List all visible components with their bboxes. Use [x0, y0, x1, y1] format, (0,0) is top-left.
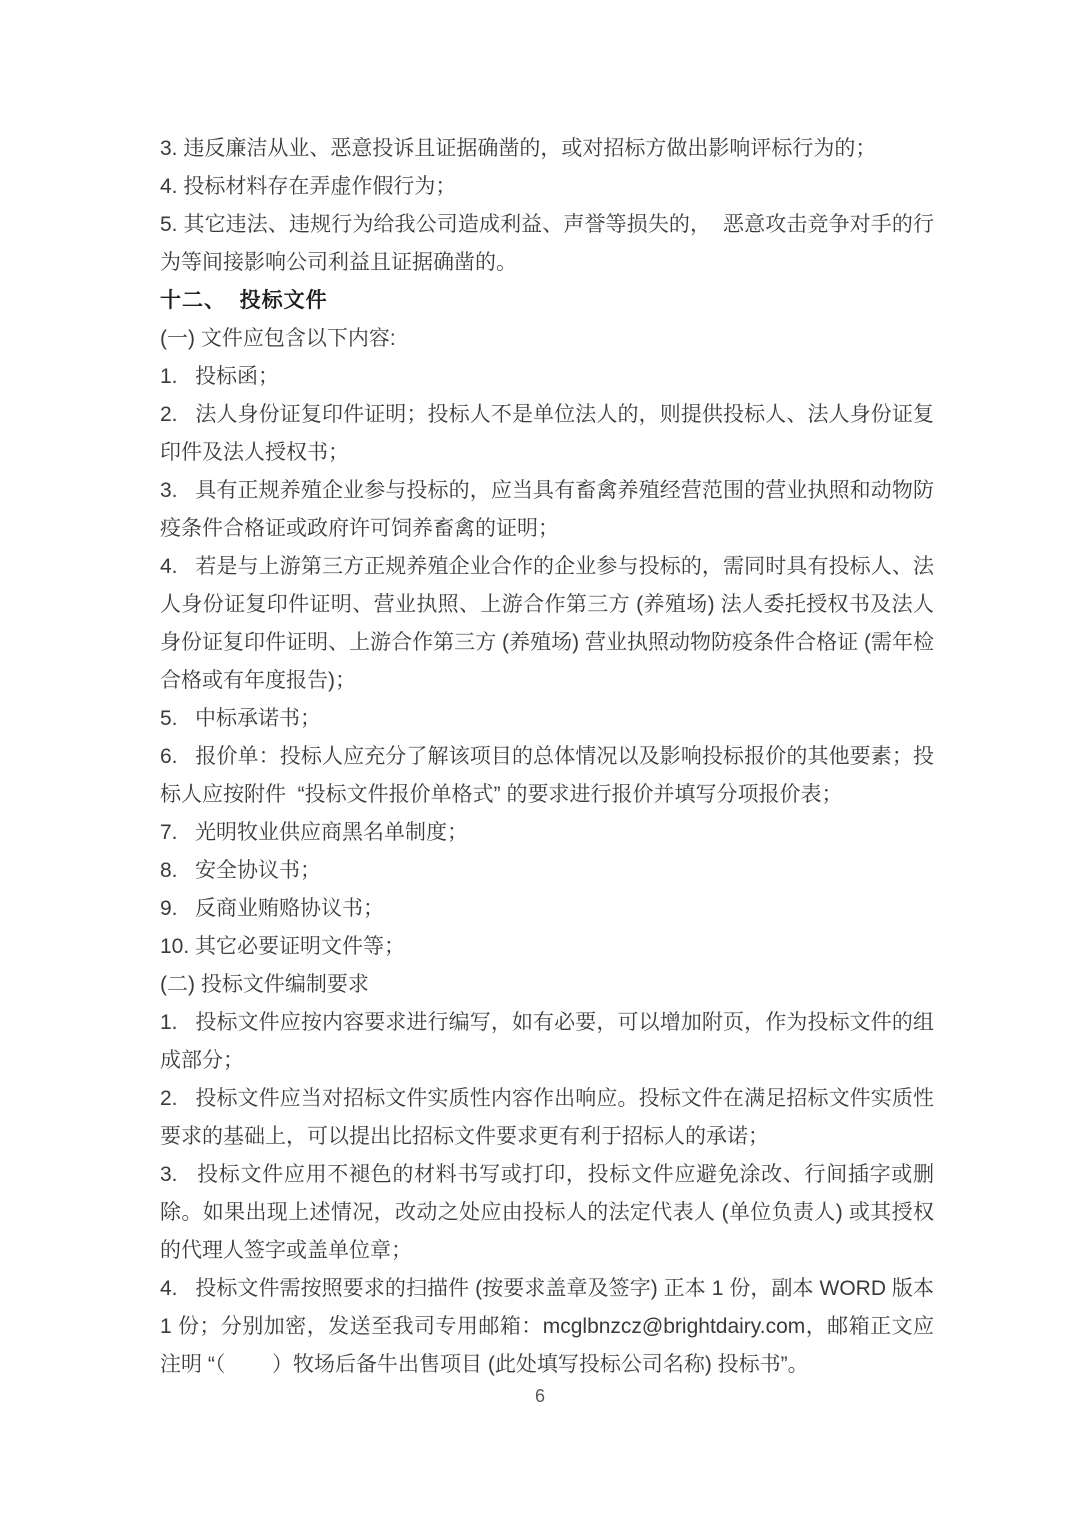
page-number: 6 — [0, 1386, 1080, 1407]
intro-item: 4. 投标材料存在弄虚作假行为； — [160, 168, 934, 206]
list-item: 5. 中标承诺书； — [160, 700, 934, 738]
document-body: 3. 违反廉洁从业、恶意投诉且证据确凿的，或对招标方做出影响评标行为的； 4. … — [160, 130, 934, 1384]
list-item: 2. 法人身份证复印件证明；投标人不是单位法人的，则提供投标人、法人身份证复印件… — [160, 396, 934, 472]
list-item: 4. 若是与上游第三方正规养殖企业合作的企业参与投标的，需同时具有投标人、法人身… — [160, 548, 934, 700]
list-item: 3. 投标文件应用不褪色的材料书写或打印，投标文件应避免涂改、行间插字或删除。如… — [160, 1156, 934, 1270]
intro-item: 3. 违反廉洁从业、恶意投诉且证据确凿的，或对招标方做出影响评标行为的； — [160, 130, 934, 168]
subsection-heading: (二) 投标文件编制要求 — [160, 966, 934, 1004]
subsection-heading: (一) 文件应包含以下内容: — [160, 320, 934, 358]
list-item: 4. 投标文件需按照要求的扫描件 (按要求盖章及签字) 正本 1 份，副本 WO… — [160, 1270, 934, 1384]
list-item: 10. 其它必要证明文件等； — [160, 928, 934, 966]
intro-item: 5. 其它违法、违规行为给我公司造成利益、声誉等损失的， 恶意攻击竞争对手的行为… — [160, 206, 934, 282]
list-item: 2. 投标文件应当对招标文件实质性内容作出响应。投标文件在满足招标文件实质性要求… — [160, 1080, 934, 1156]
list-item: 3. 具有正规养殖企业参与投标的，应当具有畜禽养殖经营范围的营业执照和动物防疫条… — [160, 472, 934, 548]
list-item: 6. 报价单：投标人应充分了解该项目的总体情况以及影响投标报价的其他要素；投标人… — [160, 738, 934, 814]
list-item: 1. 投标文件应按内容要求进行编写，如有必要，可以增加附页，作为投标文件的组成部… — [160, 1004, 934, 1080]
list-item: 1. 投标函； — [160, 358, 934, 396]
list-item: 9. 反商业贿赂协议书； — [160, 890, 934, 928]
document-page: 3. 违反廉洁从业、恶意投诉且证据确凿的，或对招标方做出影响评标行为的； 4. … — [0, 0, 1080, 1527]
list-item: 7. 光明牧业供应商黑名单制度； — [160, 814, 934, 852]
section-heading: 十二、 投标文件 — [160, 282, 934, 320]
list-item: 8. 安全协议书； — [160, 852, 934, 890]
